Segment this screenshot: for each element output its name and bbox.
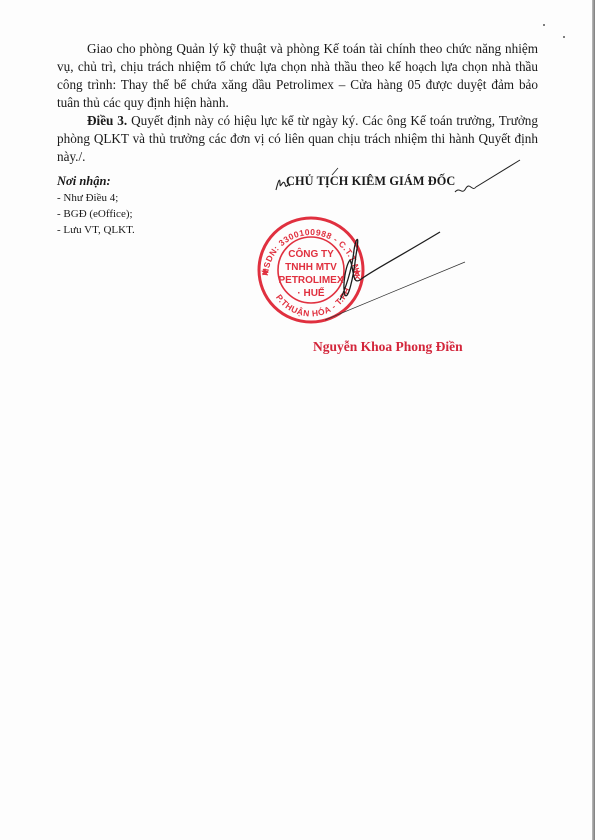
flourish-line-icon <box>332 168 338 175</box>
stamp-center-line: TNHH MTV <box>285 262 337 273</box>
stamp-center-line: PETROLIMEX <box>278 275 343 286</box>
stamp-and-signature: MSDN: 3300100988 - C.T.T.N.K.H P.THUẬN H… <box>0 0 595 840</box>
initials-signature-icon <box>276 180 290 190</box>
signer-name: Nguyễn Khoa Phong Điền <box>313 339 463 355</box>
stamp-outer-text-top: MSDN: 3300100988 - C.T.T.N.K.H <box>0 0 362 281</box>
stamp-star-icon: ★ <box>261 267 270 277</box>
title-flourish-icon <box>455 160 520 192</box>
stamp-center-line: · HUẾ <box>297 286 325 299</box>
stamp-center-line: CÔNG TY <box>288 247 334 260</box>
